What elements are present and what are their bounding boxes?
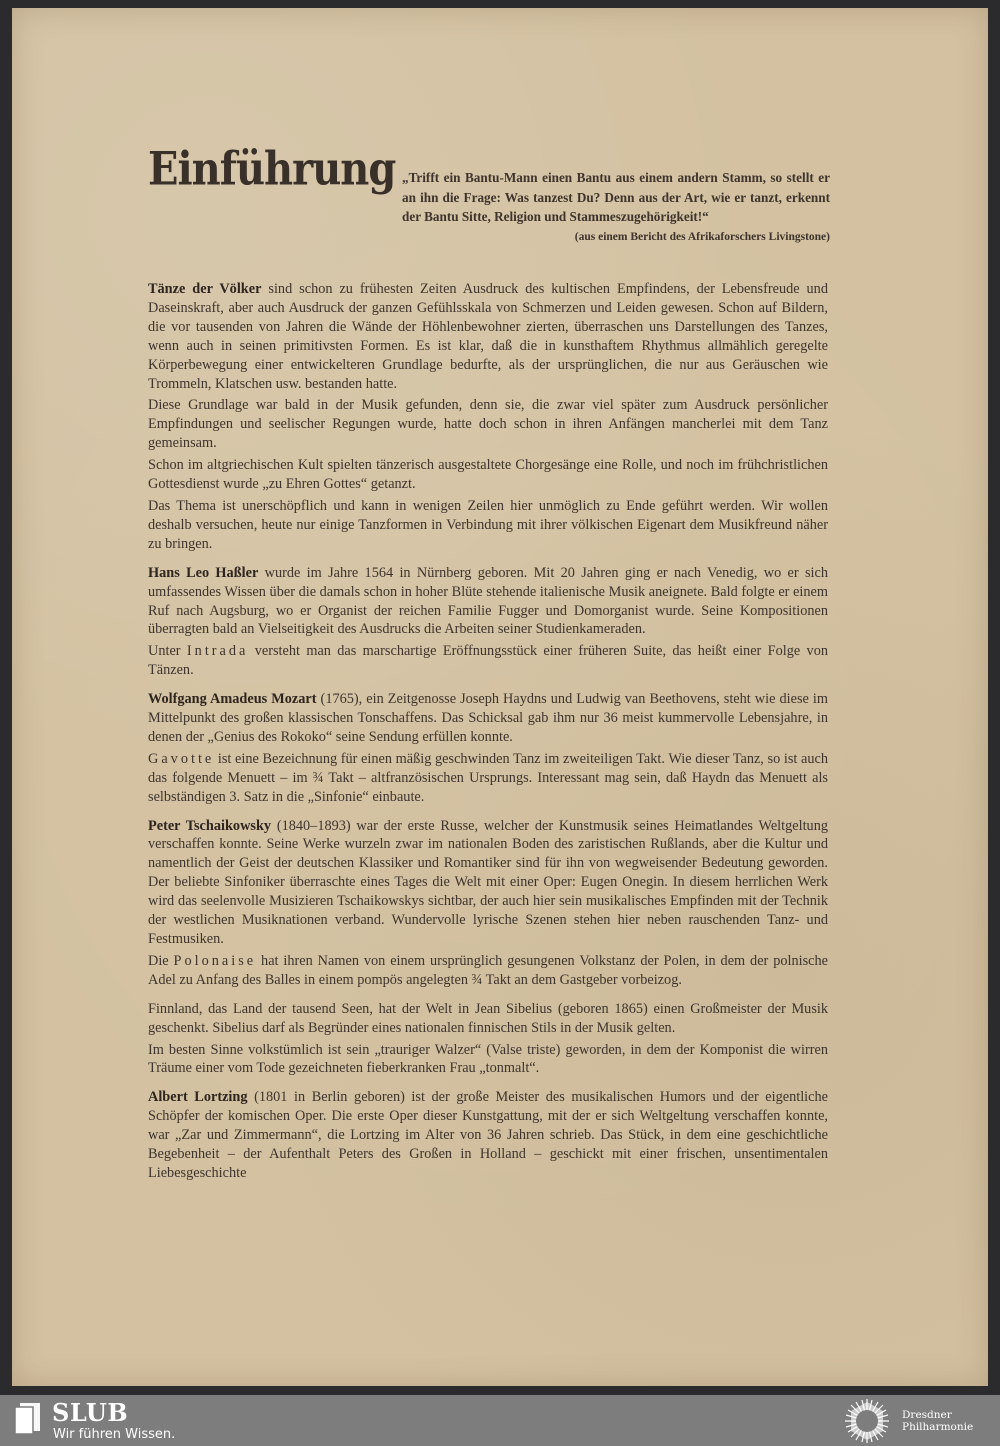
footer-bar: SLUB Wir führen Wissen. Dresdner Philhar…: [0, 1395, 1000, 1446]
dresdner-philharmonie-logo-text[interactable]: Dresdner Philharmonie: [902, 1409, 973, 1433]
paragraph-gavotte: Gavotte ist eine Bezeichnung für einen m…: [148, 750, 828, 807]
epigraph-quote: „Trifft ein Bantu-Mann einen Bantu aus e…: [402, 170, 830, 224]
partner-name-line2: Philharmonie: [902, 1421, 973, 1433]
paragraph-intro: Tänze der Völker sind schon zu frühesten…: [148, 280, 828, 393]
paragraph-text: (1840–1893) war der erste Russe, welcher…: [148, 818, 828, 947]
paragraph-hassler: Hans Leo Haßler wurde im Jahre 1564 in N…: [148, 564, 828, 640]
paragraph: Diese Grundlage war bald in der Musik ge…: [148, 396, 828, 453]
paragraph-text: Die: [148, 953, 174, 969]
spaced-term: Intrada: [187, 643, 248, 659]
paragraph-text: versteht man das marschartige Eröffnungs…: [148, 643, 828, 678]
lead-term: Wolfgang Amadeus Mozart: [148, 691, 317, 707]
slub-logo-text[interactable]: SLUB: [52, 1398, 128, 1427]
paragraph-lortzing: Albert Lortzing (1801 in Berlin geboren)…: [148, 1088, 828, 1183]
paragraph-text: Das Thema ist unerschöpflich und kann in…: [148, 498, 828, 552]
slub-book-icon[interactable]: [14, 1401, 42, 1435]
paragraph-text: (1801 in Berlin geboren) ist der große M…: [148, 1089, 828, 1181]
paragraph-polonaise: Die Polonaise hat ihren Namen von einem …: [148, 952, 828, 990]
paragraph-mozart: Wolfgang Amadeus Mozart (1765), ein Zeit…: [148, 690, 828, 747]
lead-term: Tänze der Völker: [148, 281, 261, 297]
paragraph-text: ist eine Bezeichnung für einen mäßig ges…: [148, 751, 828, 805]
paragraph: Das Thema ist unerschöpflich und kann in…: [148, 497, 828, 554]
epigraph-source: (aus einem Bericht des Afrikaforschers L…: [402, 228, 830, 248]
lead-term: Albert Lortzing: [148, 1089, 248, 1105]
paragraph-text: Finnland, das Land der tausend Seen, hat…: [148, 1001, 828, 1036]
slub-tagline: Wir führen Wissen.: [53, 1427, 175, 1442]
paragraph-text: Diese Grundlage war bald in der Musik ge…: [148, 397, 828, 451]
paragraph-text: Im besten Sinne volkstümlich ist sein „t…: [148, 1042, 828, 1077]
document-page: Einführung „Trifft ein Bantu-Mann einen …: [12, 8, 988, 1386]
document-body: Tänze der Völker sind schon zu frühesten…: [148, 280, 828, 1186]
paragraph-valse-triste: Im besten Sinne volkstümlich ist sein „t…: [148, 1041, 828, 1079]
paragraph-text: Schon im altgriechischen Kult spielten t…: [148, 457, 828, 492]
paragraph-tschaikowsky: Peter Tschaikowsky (1840–1893) war der e…: [148, 817, 828, 949]
spaced-term: Gavotte: [148, 751, 214, 767]
dresdner-philharmonie-sun-icon[interactable]: [842, 1397, 892, 1445]
paragraph-intrada: Unter Intrada versteht man das marschart…: [148, 642, 828, 680]
paragraph: Schon im altgriechischen Kult spielten t…: [148, 456, 828, 494]
partner-name-line1: Dresdner: [902, 1409, 952, 1421]
lead-term: Hans Leo Haßler: [148, 565, 258, 581]
spaced-term: Polonaise: [174, 953, 257, 969]
paragraph-sibelius: Finnland, das Land der tausend Seen, hat…: [148, 1000, 828, 1038]
lead-term: Peter Tschaikowsky: [148, 818, 271, 834]
page-title: Einführung: [148, 142, 395, 196]
epigraph: „Trifft ein Bantu-Mann einen Bantu aus e…: [402, 168, 830, 247]
paragraph-text: sind schon zu frühesten Zeiten Ausdruck …: [148, 281, 828, 392]
paragraph-text: Unter: [148, 643, 187, 659]
